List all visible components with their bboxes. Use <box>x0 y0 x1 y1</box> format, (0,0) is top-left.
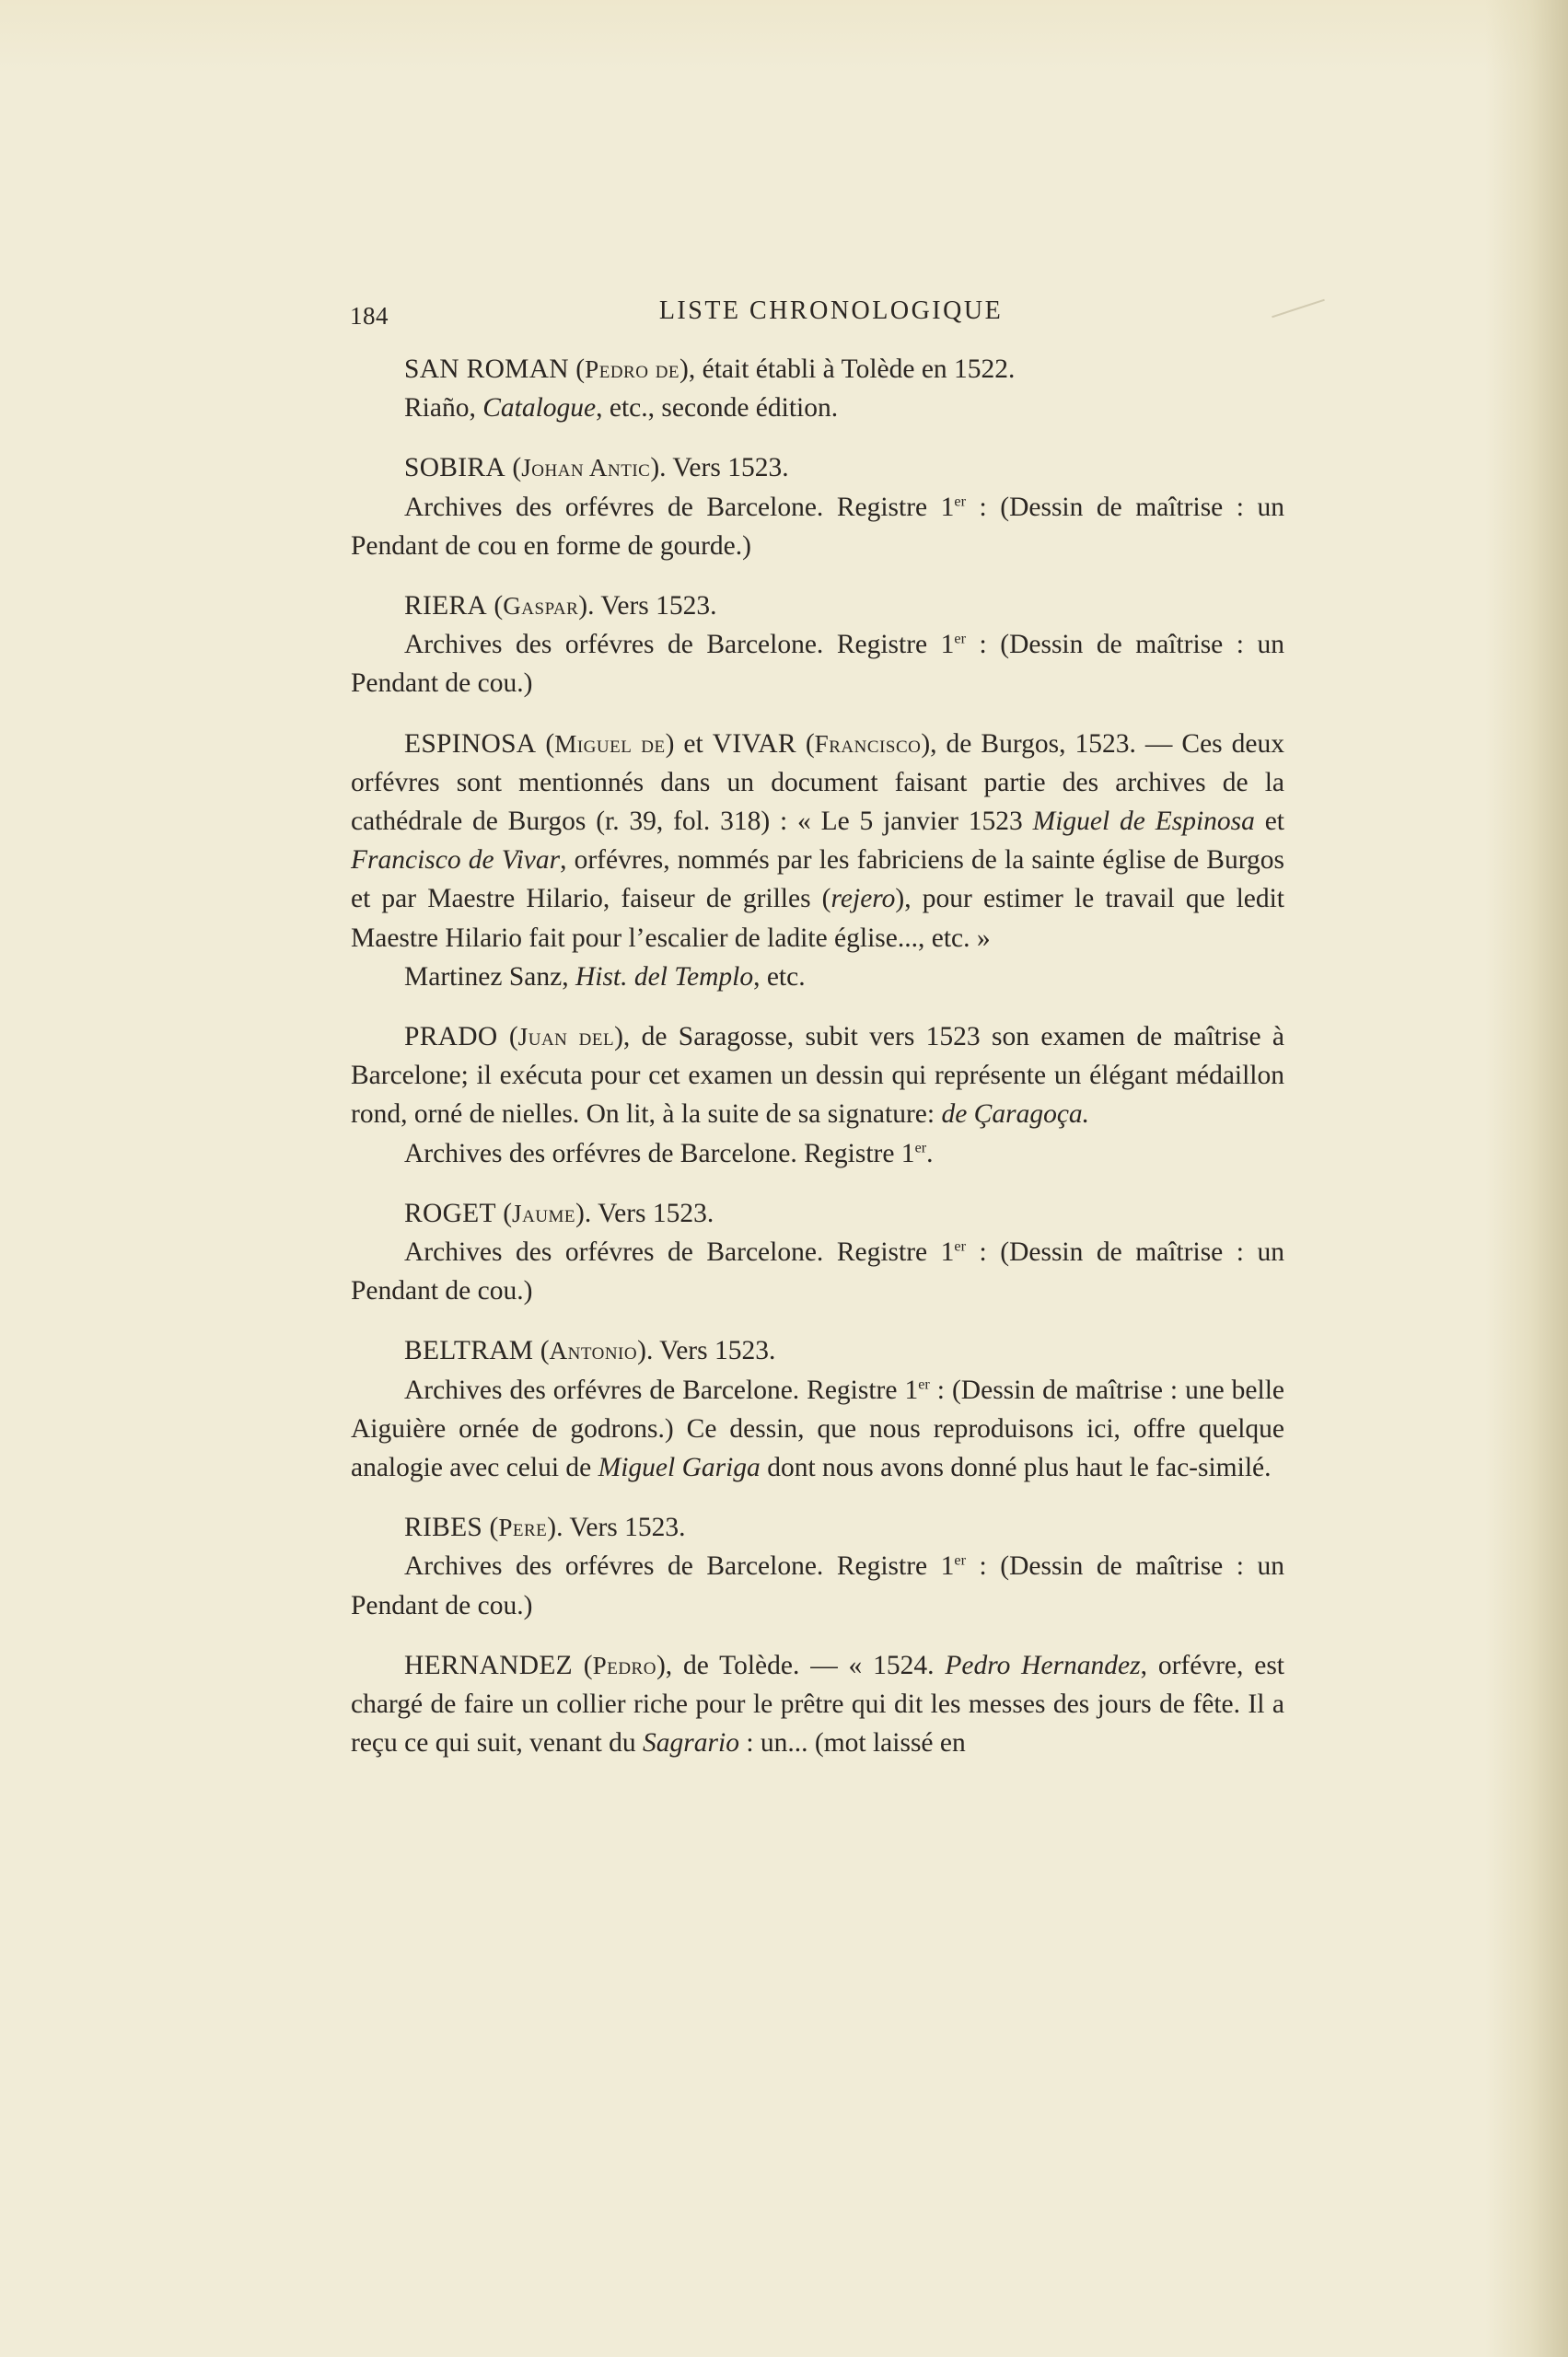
entry-source: Martinez Sanz, Hist. del Templo, etc. <box>351 958 1284 996</box>
entry-roget: ROGET (Jaume). Vers 1523. Archives des o… <box>351 1194 1284 1311</box>
entry-given-name: Miguel de <box>554 730 665 758</box>
entry-heading: HERNANDEZ (Pedro), de Tolède. — « 1524. … <box>351 1646 1284 1763</box>
entry-given-name: Juan del <box>518 1023 614 1051</box>
entry-surname: ROGET <box>404 1199 496 1228</box>
entry-beltram: BELTRAM (Antonio). Vers 1523. Archives d… <box>351 1331 1284 1487</box>
entry-surname: HERNANDEZ <box>404 1651 573 1680</box>
entry-ribes: RIBES (Pere). Vers 1523. Archives des or… <box>351 1508 1284 1625</box>
entry-hernandez: HERNANDEZ (Pedro), de Tolède. — « 1524. … <box>351 1646 1284 1763</box>
source-title: Hist. del Templo <box>575 962 753 992</box>
entry-surname: SAN ROMAN <box>404 354 569 384</box>
entry-heading: SAN ROMAN (Pedro de), était établi à Tol… <box>351 350 1284 389</box>
page-top-shading <box>0 0 1568 74</box>
entry-body: Archives des orfévres de Barcelone. Regi… <box>351 1371 1284 1488</box>
entry-body: Archives des orfévres de Barcelone. Regi… <box>351 1547 1284 1624</box>
entry-body: Archives des orfévres de Barcelone. Regi… <box>351 1233 1284 1310</box>
entry-heading: RIERA (Gaspar). Vers 1523. <box>351 586 1284 625</box>
page-header: 184 LISTE CHRONOLOGIQUE <box>350 296 1284 333</box>
entry-heading: BELTRAM (Antonio). Vers 1523. <box>351 1331 1284 1370</box>
entry-heading: ROGET (Jaume). Vers 1523. <box>351 1194 1284 1233</box>
main-text: SAN ROMAN (Pedro de), était établi à Tol… <box>351 350 1284 1784</box>
page-edge-shading <box>1485 0 1568 2357</box>
entry-given-name: Pedro de <box>585 355 679 383</box>
entry-san-roman: SAN ROMAN (Pedro de), était établi à Tol… <box>351 350 1284 427</box>
entry-surname: SOBIRA <box>404 453 505 482</box>
entry-source: Riaño, Catalogue, etc., seconde édition. <box>351 389 1284 427</box>
entry-given-name: Antonio <box>550 1337 638 1364</box>
entry-body: Archives des orfévres de Barcelone. Regi… <box>351 488 1284 565</box>
entry-given-name: Johan Antic <box>521 454 650 482</box>
entry-body: Archives des orfévres de Barcelone. Regi… <box>351 1134 1284 1173</box>
entry-riera: RIERA (Gaspar). Vers 1523. Archives des … <box>351 586 1284 703</box>
entry-surname: PRADO <box>404 1022 498 1051</box>
entry-heading: RIBES (Pere). Vers 1523. <box>351 1508 1284 1547</box>
entry-given-name: Pere <box>498 1514 547 1541</box>
entry-heading: ESPINOSA (Miguel de) et VIVAR (Francisco… <box>351 725 1284 958</box>
entry-given-name-2: Francisco <box>815 730 922 758</box>
entry-given-name: Pedro <box>593 1652 656 1679</box>
entry-given-name: Gaspar <box>503 592 578 620</box>
entry-given-name: Jaume <box>512 1200 575 1227</box>
entry-surname: BELTRAM <box>404 1336 533 1365</box>
entry-surname: RIBES <box>404 1513 482 1542</box>
entry-espinosa-vivar: ESPINOSA (Miguel de) et VIVAR (Francisco… <box>351 725 1284 996</box>
entry-surname-2: VIVAR <box>713 729 796 759</box>
source-title: Catalogue <box>482 393 596 423</box>
entry-heading: SOBIRA (Johan Antic). Vers 1523. <box>351 448 1284 487</box>
entry-prado: PRADO (Juan del), de Saragosse, subit ve… <box>351 1017 1284 1173</box>
entry-surname: RIERA <box>404 591 487 621</box>
entry-sobira: SOBIRA (Johan Antic). Vers 1523. Archive… <box>351 448 1284 565</box>
entry-body: Archives des orfévres de Barcelone. Regi… <box>351 625 1284 702</box>
entry-surname: ESPINOSA <box>404 729 536 759</box>
running-title: LISTE CHRONOLOGIQUE <box>350 296 1284 326</box>
entry-heading: PRADO (Juan del), de Saragosse, subit ve… <box>351 1017 1284 1134</box>
